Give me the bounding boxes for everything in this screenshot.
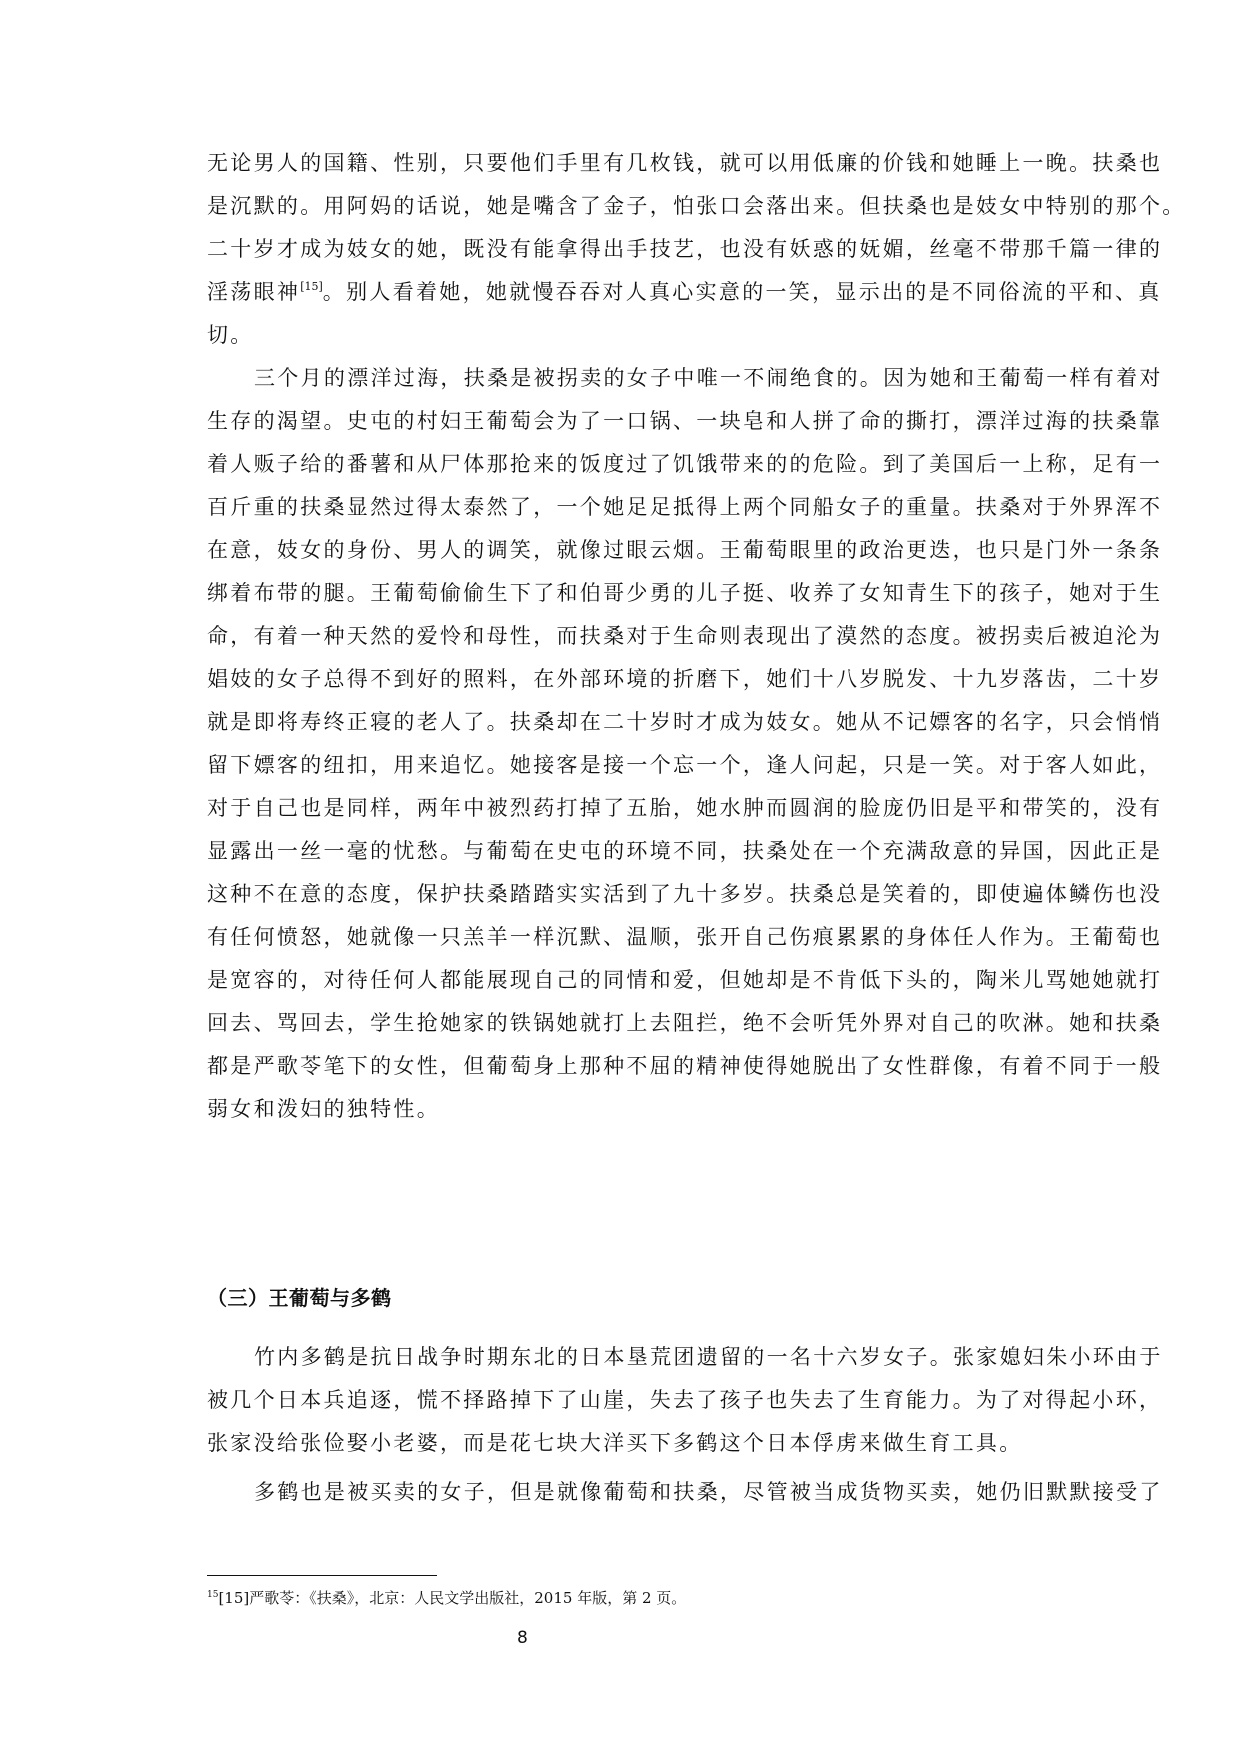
body-line: 都是严歌苓笔下的女性，但葡萄身上那种不屈的精神使得她脱出了女性群像，有着不同于一…	[207, 1052, 1162, 1080]
body-line: 有任何愤怒，她就像一只羔羊一样沉默、温顺，张开自己伤痕累累的身体任人作为。王葡萄…	[207, 923, 1162, 951]
body-line: 生存的渴望。史屯的村妇王葡萄会为了一口锅、一块皂和人拼了命的撕打，漂洋过海的扶桑…	[207, 407, 1162, 435]
citation-marker[interactable]: [15]	[300, 280, 323, 293]
body-line: 这种不在意的态度，保护扶桑踏踏实实活到了九十多岁。扶桑总是笑着的，即使遍体鳞伤也…	[207, 880, 1162, 908]
body-line: 无论男人的国籍、性别，只要他们手里有几枚钱，就可以用低廉的价钱和她睡上一晚。扶桑…	[207, 149, 1162, 177]
body-line: 就是即将寿终正寝的老人了。扶桑却在二十岁时才成为妓女。她从不记嫖客的名字，只会悄…	[207, 708, 1162, 736]
section-heading: （三）王葡萄与多鹤	[207, 1284, 392, 1312]
body-line: 弱女和泼妇的独特性。	[207, 1095, 440, 1123]
body-line: 绑着布带的腿。王葡萄偷偷生下了和伯哥少勇的儿子挺、收养了女知青生下的孩子，她对于…	[207, 579, 1162, 607]
body-line: 命，有着一种天然的爱怜和母性，而扶桑对于生命则表现出了漠然的态度。被拐卖后被迫沦…	[207, 622, 1162, 650]
footnote-marker: 15	[207, 1590, 218, 1600]
body-line: 三个月的漂洋过海，扶桑是被拐卖的女子中唯一不闹绝食的。因为她和王葡萄一样有着对	[254, 364, 1163, 392]
body-line: 张家没给张俭娶小老婆，而是花七块大洋买下多鹤这个日本俘虏来做生育工具。	[207, 1429, 1023, 1457]
body-line: 显露出一丝一毫的忧愁。与葡萄在史屯的环境不同，扶桑处在一个充满敌意的异国，因此正…	[207, 837, 1162, 865]
body-line: 二十岁才成为妓女的她，既没有能拿得出手技艺，也没有妖惑的妩媚，丝毫不带那千篇一律…	[207, 235, 1162, 263]
body-line: 娼妓的女子总得不到好的照料，在外部环境的折磨下，她们十八岁脱发、十九岁落齿，二十…	[207, 665, 1162, 693]
body-text: 。别人看着她，她就慢吞吞对人真心实意的一笑，显示出的是不同俗流的平和、真	[323, 280, 1162, 304]
body-line: 淫荡眼神[15]。别人看着她，她就慢吞吞对人真心实意的一笑，显示出的是不同俗流的…	[207, 278, 1162, 306]
body-line: 着人贩子给的番薯和从尸体那抢来的饭度过了饥饿带来的的危险。到了美国后一上称，足有…	[207, 450, 1162, 478]
body-line: 是沉默的。用阿妈的话说，她是嘴含了金子，怕张口会落出来。但扶桑也是妓女中特别的那…	[207, 192, 1186, 220]
body-line: 留下嫖客的纽扣，用来追忆。她接客是接一个忘一个，逢人问起，只是一笑。对于客人如此…	[207, 751, 1162, 779]
footnote: 15[15]严歌苓：《扶桑》，北京：人民文学出版社，2015 年版，第 2 页。	[207, 1588, 686, 1608]
body-line: 竹内多鹤是抗日战争时期东北的日本垦荒团遗留的一名十六岁女子。张家媳妇朱小环由于	[254, 1343, 1163, 1371]
page-number: 8	[517, 1628, 528, 1648]
footnote-text: [15]严歌苓：《扶桑》，北京：人民文学出版社，2015 年版，第 2 页。	[218, 1589, 686, 1607]
body-line: 在意，妓女的身份、男人的调笑，就像过眼云烟。王葡萄眼里的政治更迭，也只是门外一条…	[207, 536, 1162, 564]
body-line: 多鹤也是被买卖的女子，但是就像葡萄和扶桑，尽管被当成货物买卖，她仍旧默默接受了	[254, 1478, 1163, 1506]
body-line: 百斤重的扶桑显然过得太泰然了，一个她足足抵得上两个同船女子的重量。扶桑对于外界浑…	[207, 493, 1162, 521]
footnote-separator	[207, 1575, 437, 1576]
body-line: 切。	[207, 321, 254, 349]
body-line: 对于自己也是同样，两年中被烈药打掉了五胎，她水肿而圆润的脸庞仍旧是平和带笑的，没…	[207, 794, 1162, 822]
body-line: 被几个日本兵追逐，慌不择路掉下了山崖，失去了孩子也失去了生育能力。为了对得起小环…	[207, 1386, 1162, 1414]
body-text: 淫荡眼神	[207, 280, 300, 304]
body-line: 回去、骂回去，学生抢她家的铁锅她就打上去阻拦，绝不会听凭外界对自己的吹淋。她和扶…	[207, 1009, 1162, 1037]
body-line: 是宽容的，对待任何人都能展现自己的同情和爱，但她却是不肯低下头的，陶米儿骂她她就…	[207, 966, 1162, 994]
